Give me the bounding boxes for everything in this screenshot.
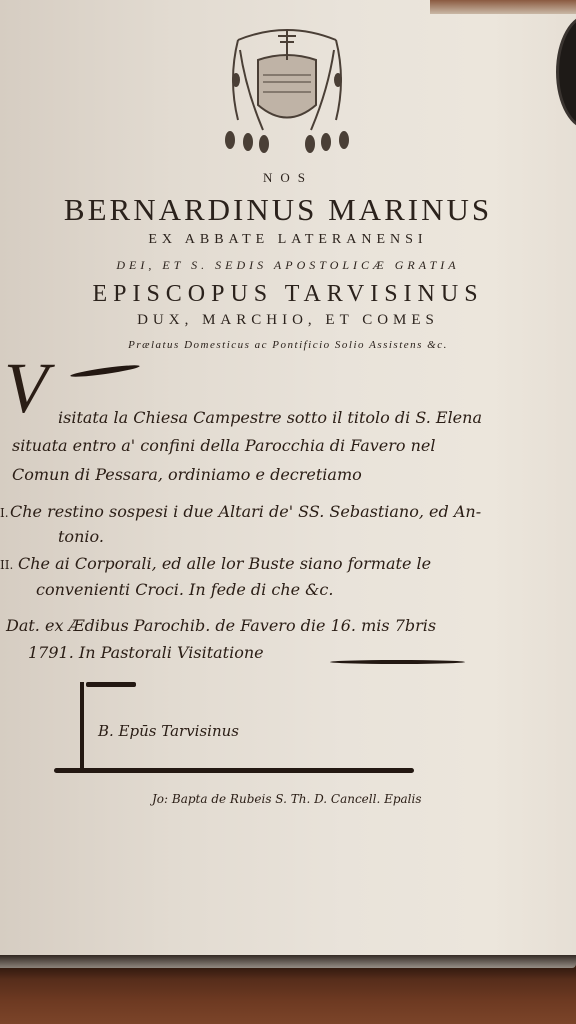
flourish-line-icon xyxy=(330,660,465,664)
date-line: 1791. In Pastorali Visitatione xyxy=(28,643,264,662)
clause-marker: I. xyxy=(0,506,9,520)
decorative-initial: V xyxy=(4,352,48,424)
signature-top-bar-icon xyxy=(86,682,136,687)
signature-underline-icon xyxy=(54,768,414,773)
secretary-signature: Jo: Bapta de Rubeis S. Th. D. Cancell. E… xyxy=(152,792,422,806)
document-page: NOS BERNARDINUS MARINUS EX ABBATE LATERA… xyxy=(0,0,576,968)
page-edge-shadow xyxy=(430,0,576,14)
header-nos: NOS xyxy=(0,170,576,186)
header-abbate: EX ABBATE LATERANENSI xyxy=(0,232,576,248)
coat-of-arms-icon xyxy=(218,20,356,155)
bishop-signature: B. Epūs Tarvisinus xyxy=(98,722,239,740)
text-line: convenienti Croci. In fede di che &c. xyxy=(36,580,333,599)
clause-marker: II. xyxy=(0,558,13,572)
header-dux: DUX, MARCHIO, ET COMES xyxy=(0,312,576,329)
text-line: tonio. xyxy=(58,527,104,546)
text-line: situata entro a' confini della Parocchia… xyxy=(12,436,436,455)
signature-bracket-icon xyxy=(80,682,92,768)
text-line: isitata la Chiesa Campestre sotto il tit… xyxy=(58,408,482,427)
text-line: Che ai Corporali, ed alle lor Buste sian… xyxy=(18,554,431,573)
header-dei-gratia: DEI, ET S. SEDIS APOSTOLICÆ GRATIA xyxy=(0,258,576,273)
text-line: Che restino sospesi i due Altari de' SS.… xyxy=(10,502,481,521)
initial-flourish-icon xyxy=(70,363,140,379)
page-shadow xyxy=(0,955,576,979)
text-line: Comun di Pessara, ordiniamo e decretiamo xyxy=(12,465,362,484)
header-praelatus: Prælatus Domesticus ac Pontificio Solio … xyxy=(0,339,576,351)
header-episcopus: EPISCOPUS TARVISINUS xyxy=(0,281,576,308)
bishop-name: BERNARDINUS MARINUS xyxy=(0,192,556,228)
date-line: Dat. ex Ædibus Parochib. de Favero die 1… xyxy=(6,616,436,635)
